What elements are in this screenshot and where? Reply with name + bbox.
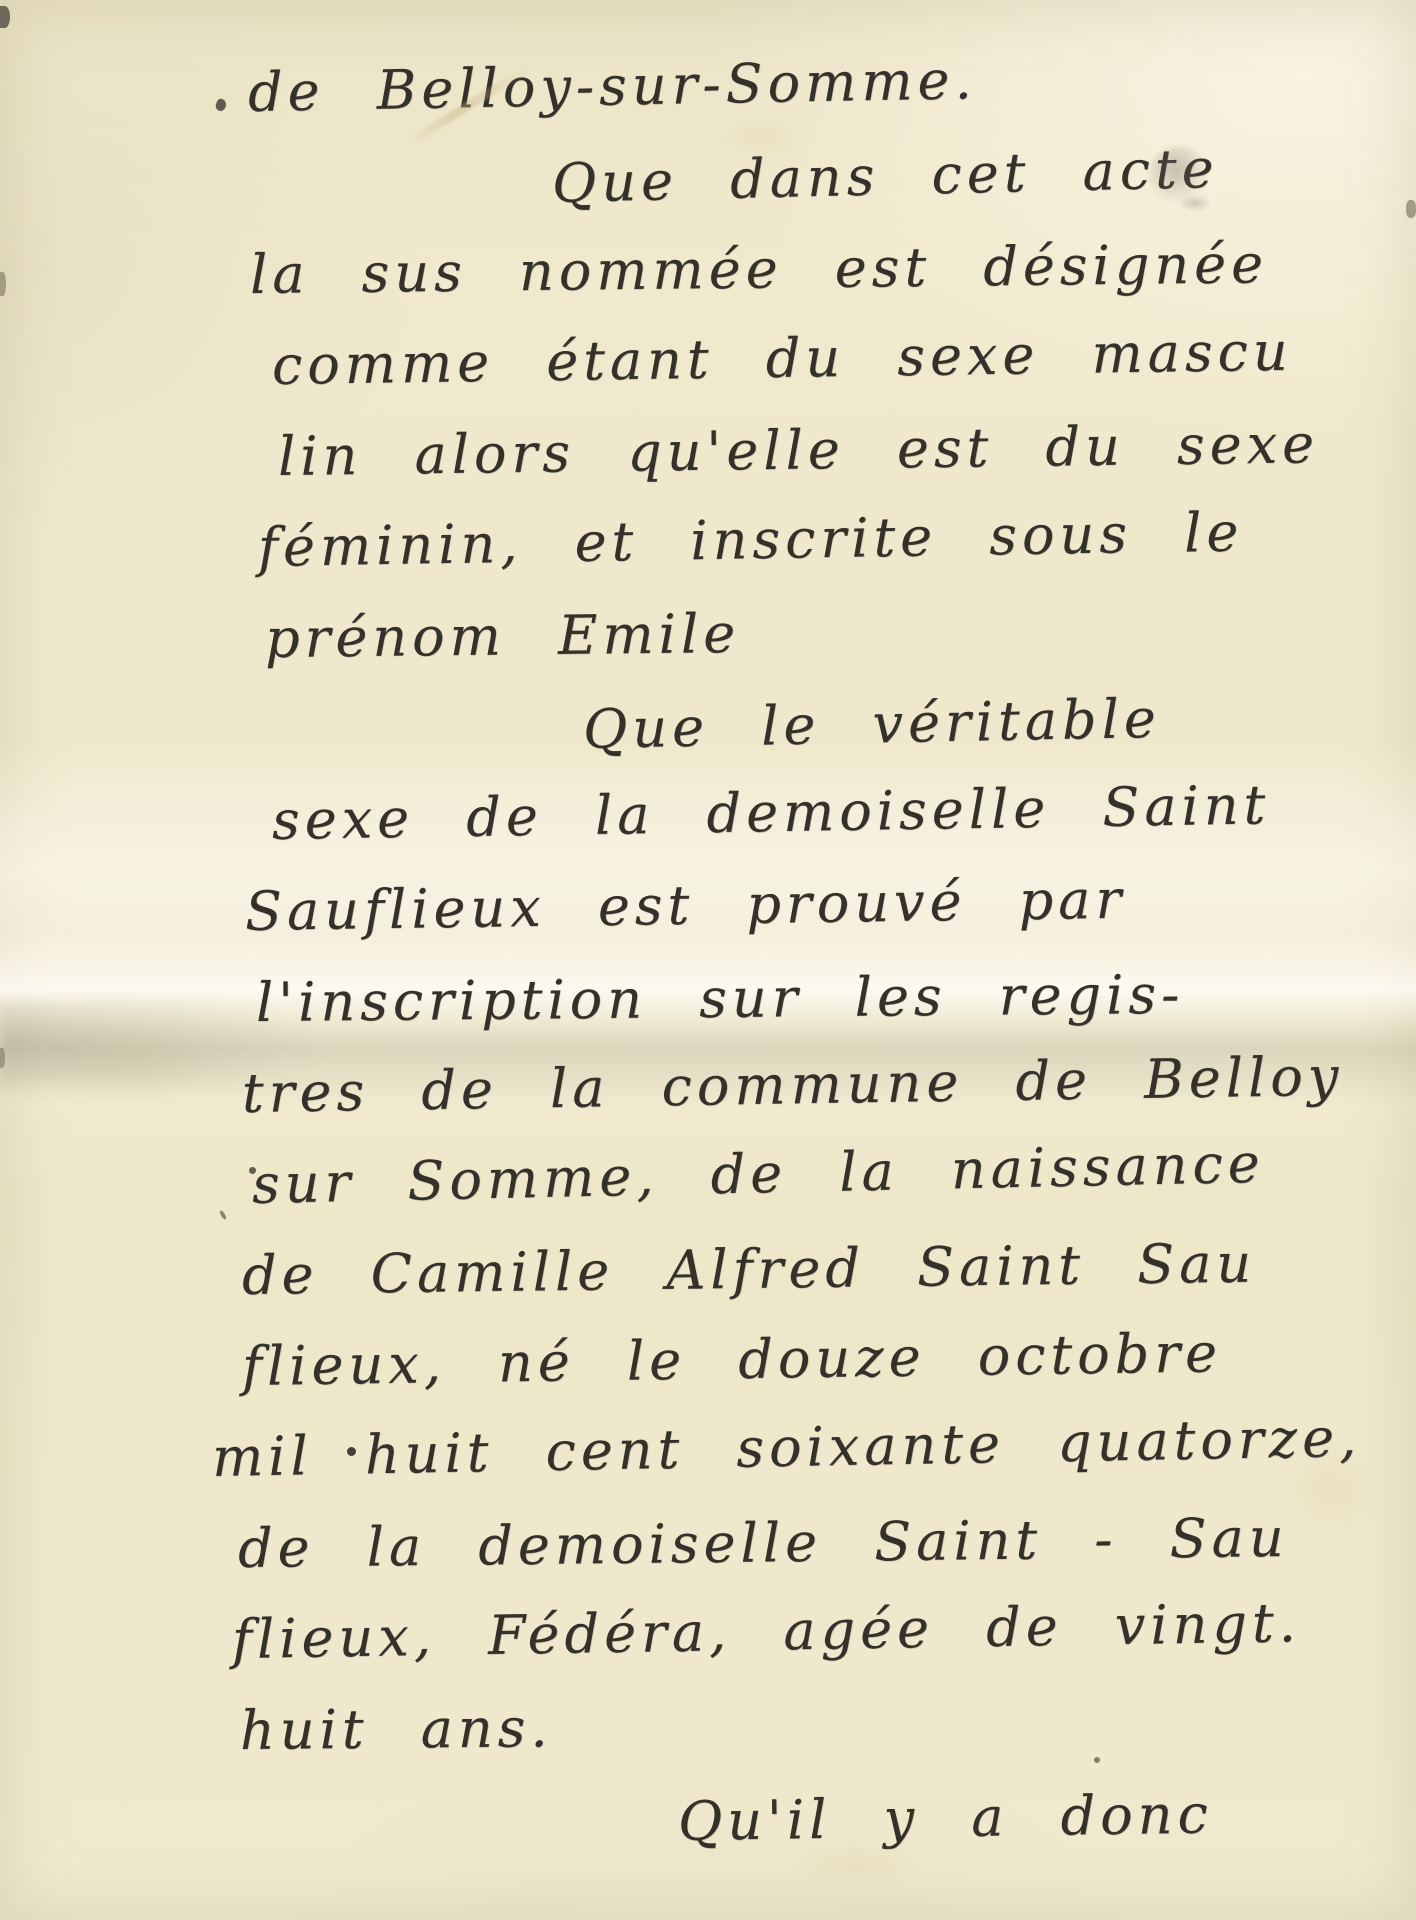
handwritten-line: Sauflieux est prouvé par [245, 865, 1127, 947]
handwritten-line: sur Somme, de la naissance [251, 1129, 1265, 1220]
handwritten-line: lin alors qu'elle est du sexe [278, 409, 1320, 492]
manuscript-page: de Belloy-sur-Somme. Que dans cet acte l… [0, 0, 1416, 1920]
handwritten-line: la sus nommée est désignée [250, 229, 1269, 310]
handwritten-line: Que dans cet acte [551, 134, 1219, 219]
ink-speck [214, 98, 228, 113]
handwritten-line: de Camille Alfred Saint Sau [242, 1229, 1257, 1312]
handwritten-line: comme étant du sexe mascu [272, 317, 1294, 401]
scan-edge-mark [0, 272, 6, 296]
handwritten-line: tres de la commune de Belloy [241, 1042, 1343, 1129]
handwritten-line: l'inscription sur les regis- [256, 960, 1185, 1038]
handwritten-line: Qu'il y a donc [678, 1780, 1214, 1858]
scan-edge-mark [0, 6, 10, 28]
handwritten-line: féminin, et inscrite sous le [257, 498, 1243, 584]
ink-speck [1094, 1757, 1100, 1763]
scan-edge-mark [0, 1048, 5, 1068]
handwritten-line: de la demoiselle Saint - Sau [238, 1503, 1289, 1584]
handwritten-line: prénom Emile [265, 599, 741, 674]
handwritten-line: Que le véritable [582, 684, 1161, 765]
handwritten-line: flieux, Fédéra, agée de vingt. [231, 1588, 1301, 1675]
scan-edge-mark [1406, 200, 1416, 218]
handwritten-line: flieux, né le douze octobre [242, 1318, 1223, 1402]
foxing-stain [58, 1028, 204, 1100]
ink-speck [219, 1210, 227, 1221]
handwritten-line: mil huit cent soixante quatorze, [211, 1403, 1361, 1493]
handwritten-line: huit ans. [240, 1693, 553, 1766]
handwritten-line: sexe de la demoiselle Saint [271, 770, 1270, 856]
handwritten-line: de Belloy-sur-Somme. [247, 45, 977, 128]
